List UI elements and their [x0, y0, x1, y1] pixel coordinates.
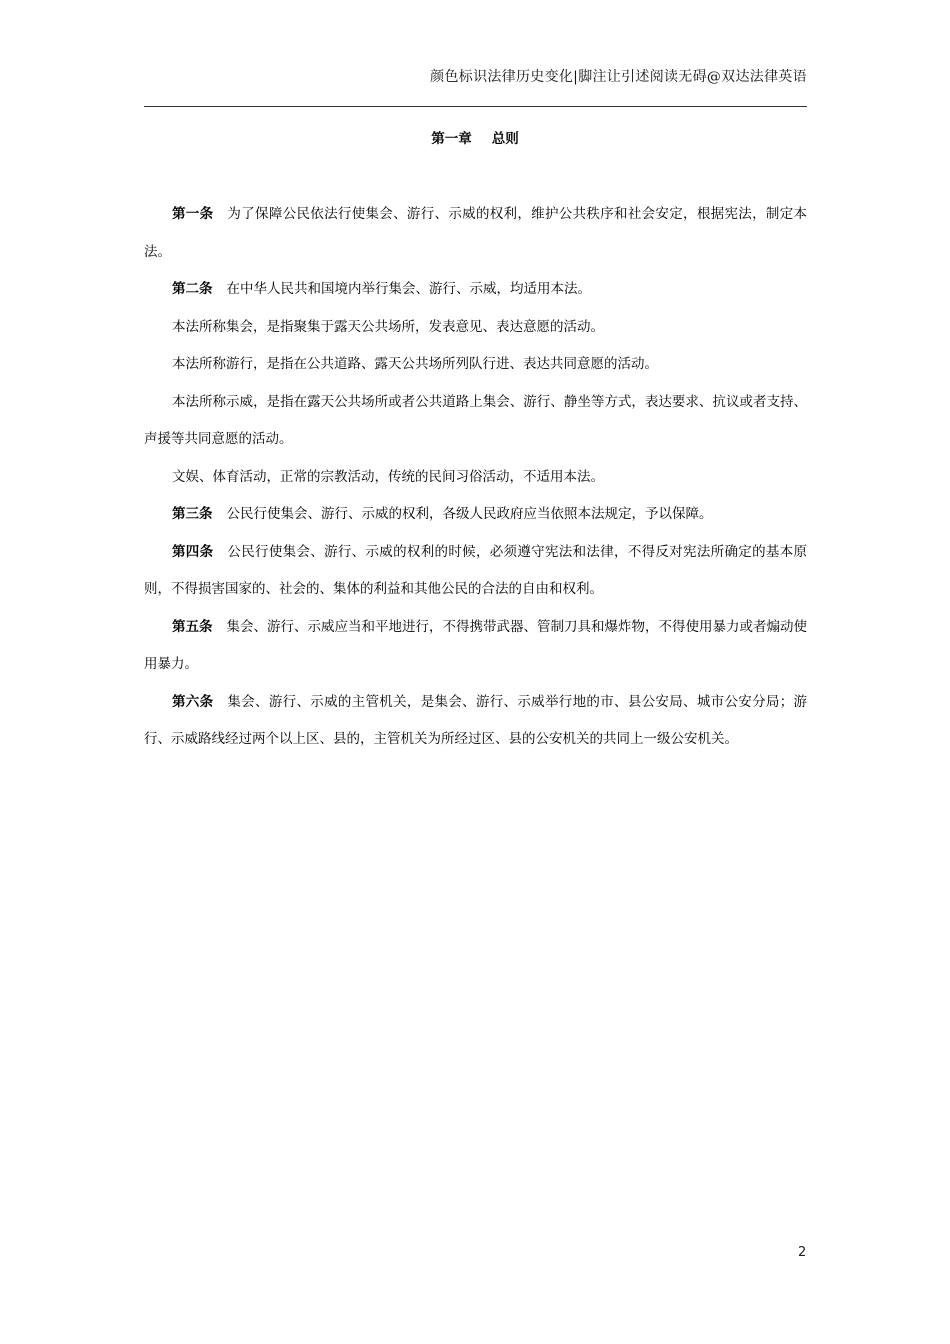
article-label: 第一条: [172, 206, 213, 222]
article-3-paragraph: 第三条公民行使集会、游行、示威的权利，各级人民政府应当依照本法规定，予以保障。: [144, 496, 807, 534]
paragraph-text: 本法所称集会，是指聚集于露天公共场所，发表意见、表达意愿的活动。: [172, 319, 604, 335]
running-header: 颜色标识法律历史变化|脚注让引述阅读无碍@双达法律英语: [430, 66, 807, 86]
article-2-paragraph: 第二条在中华人民共和国境内举行集会、游行、示威，均适用本法。: [144, 271, 807, 309]
article-label: 第四条: [172, 544, 213, 560]
paragraph-text: 本法所称示威，是指在露天公共场所或者公共道路上集会、游行、静坐等方式，表达要求、…: [144, 394, 807, 448]
article-2-clause-exclusions: 文娱、体育活动，正常的宗教活动，传统的民间习俗活动，不适用本法。: [144, 459, 807, 497]
article-2-clause-assembly: 本法所称集会，是指聚集于露天公共场所，发表意见、表达意愿的活动。: [144, 309, 807, 347]
article-2-clause-procession: 本法所称游行，是指在公共道路、露天公共场所列队行进、表达共同意愿的活动。: [144, 346, 807, 384]
article-4-paragraph: 第四条公民行使集会、游行、示威的权利的时候，必须遵守宪法和法律，不得反对宪法所确…: [144, 534, 807, 609]
article-5-paragraph: 第五条集会、游行、示威应当和平地进行，不得携带武器、管制刀具和爆炸物，不得使用暴…: [144, 609, 807, 684]
article-label: 第二条: [172, 281, 213, 297]
paragraph-text: 集会、游行、示威应当和平地进行，不得携带武器、管制刀具和爆炸物，不得使用暴力或者…: [144, 619, 807, 673]
chapter-heading: 第一章总则: [0, 127, 950, 147]
paragraph-text: 集会、游行、示威的主管机关，是集会、游行、示威举行地的市、县公安局、城市公安分局…: [144, 694, 807, 748]
page-number: 2: [798, 1245, 806, 1260]
chapter-title: 总则: [492, 131, 519, 147]
document-body: 第一条为了保障公民依法行使集会、游行、示威的权利，维护公共秩序和社会安定，根据宪…: [144, 196, 807, 759]
article-label: 第五条: [172, 619, 213, 635]
header-divider: [144, 106, 807, 107]
paragraph-text: 为了保障公民依法行使集会、游行、示威的权利，维护公共秩序和社会安定，根据宪法，制…: [144, 206, 807, 260]
article-label: 第三条: [172, 506, 213, 522]
article-label: 第六条: [172, 694, 213, 710]
paragraph-text: 公民行使集会、游行、示威的权利的时候，必须遵守宪法和法律，不得反对宪法所确定的基…: [144, 544, 807, 598]
paragraph-text: 公民行使集会、游行、示威的权利，各级人民政府应当依照本法规定，予以保障。: [227, 506, 713, 522]
paragraph-text: 在中华人民共和国境内举行集会、游行、示威，均适用本法。: [227, 281, 592, 297]
article-1-paragraph: 第一条为了保障公民依法行使集会、游行、示威的权利，维护公共秩序和社会安定，根据宪…: [144, 196, 807, 271]
chapter-number: 第一章: [431, 131, 472, 147]
paragraph-text: 文娱、体育活动，正常的宗教活动，传统的民间习俗活动，不适用本法。: [172, 469, 604, 485]
paragraph-text: 本法所称游行，是指在公共道路、露天公共场所列队行进、表达共同意愿的活动。: [172, 356, 658, 372]
article-6-paragraph: 第六条集会、游行、示威的主管机关，是集会、游行、示威举行地的市、县公安局、城市公…: [144, 684, 807, 759]
article-2-clause-demonstration: 本法所称示威，是指在露天公共场所或者公共道路上集会、游行、静坐等方式，表达要求、…: [144, 384, 807, 459]
